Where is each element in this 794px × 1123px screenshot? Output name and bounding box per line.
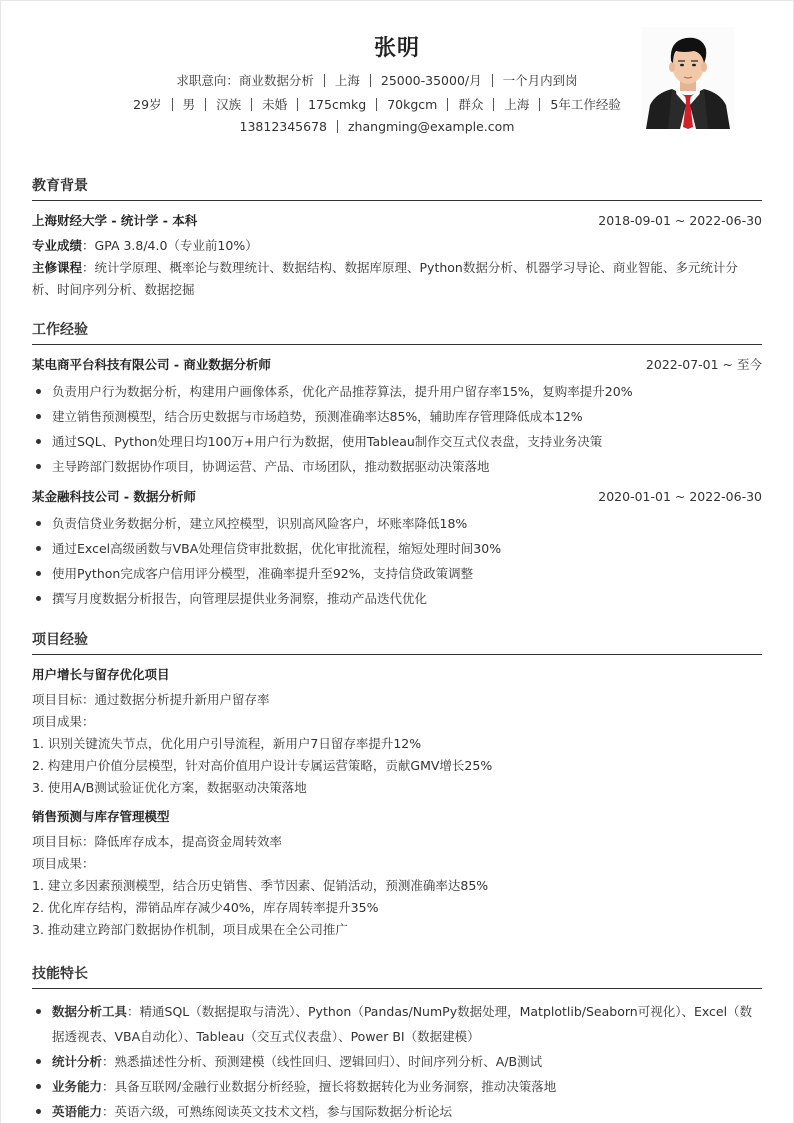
gpa-value: ：GPA 3.8/4.0（专业前10%） — [82, 238, 258, 253]
list-item: 业务能力：具备互联网/金融行业数据分析经验，擅长将数据转化为业务洞察，推动决策落… — [32, 1074, 762, 1099]
project-line: 3. 推动建立跨部门数据协作机制，项目成果在全公司推广 — [32, 919, 762, 941]
section-title-work: 工作经验 — [32, 319, 762, 345]
job-bullets: 负责用户行为数据分析，构建用户画像体系，优化产品推荐算法，提升用户留存率15%，… — [32, 379, 762, 479]
project-line: 2. 优化库存结构，滞销品库存减少40%，库存周转率提升35% — [32, 897, 762, 919]
skill-text: ：英语六级，可熟练阅读英文技术文档，参与国际数据分析论坛 — [102, 1104, 452, 1119]
email: zhangming@example.com — [348, 119, 514, 134]
intent-city: 上海 — [335, 73, 360, 88]
section-title-projects: 项目经验 — [32, 629, 762, 655]
job-date: 2022-07-01 ~ 至今 — [646, 355, 762, 373]
list-item: 通过SQL、Python处理日均100万+用户行为数据，使用Tableau制作交… — [32, 429, 762, 454]
skill-text: ：精通SQL（数据提取与清洗）、Python（Pandas/NumPy数据处理，… — [52, 1004, 752, 1044]
work-years: 5年工作经验 — [550, 97, 620, 112]
school-degree: 上海财经大学 - 统计学 - 本科 — [32, 211, 197, 229]
education-section: 教育背景 上海财经大学 - 统计学 - 本科 2018-09-01 ~ 2022… — [32, 175, 762, 301]
weight: 70kgcm — [387, 97, 437, 112]
job-intent: 求职意向：商业数据分析 — [176, 73, 314, 88]
political-status: 群众 — [458, 97, 483, 112]
divider — [539, 98, 540, 111]
gpa-line: 专业成绩：GPA 3.8/4.0（专业前10%） — [32, 235, 762, 257]
avatar-illustration-icon — [642, 27, 734, 129]
gender: 男 — [183, 97, 196, 112]
ethnicity: 汉族 — [216, 97, 241, 112]
project-line: 1. 识别关键流失节点，优化用户引导流程，新用户7日留存率提升12% — [32, 733, 762, 755]
list-item: 英语能力：英语六级，可熟练阅读英文技术文档，参与国际数据分析论坛 — [32, 1099, 762, 1123]
list-item: 主导跨部门数据协作项目，协调运营、产品、市场团队，推动数据驱动决策落地 — [32, 454, 762, 479]
list-item: 撰写月度数据分析报告，向管理层提供业务洞察，推动产品迭代优化 — [32, 586, 762, 611]
gpa-label: 专业成绩 — [32, 238, 82, 253]
education-entry-header: 上海财经大学 - 统计学 - 本科 2018-09-01 ~ 2022-06-3… — [32, 211, 762, 229]
marital-status: 未婚 — [262, 97, 287, 112]
current-city: 上海 — [504, 97, 529, 112]
courses-label: 主修课程 — [32, 260, 82, 275]
skill-label: 统计分析 — [52, 1054, 102, 1069]
job-title: 某电商平台科技有限公司 - 商业数据分析师 — [32, 355, 271, 373]
divider — [172, 98, 173, 111]
education-date: 2018-09-01 ~ 2022-06-30 — [598, 213, 762, 228]
divider — [492, 74, 493, 87]
project-line: 1. 建立多因素预测模型，结合历史销售、季节因素、促销活动，预测准确率达85% — [32, 875, 762, 897]
section-title-skills: 技能特长 — [32, 963, 762, 989]
list-item: 数据分析工具：精通SQL（数据提取与清洗）、Python（Pandas/NumP… — [32, 999, 762, 1049]
divider — [337, 120, 338, 133]
avatar — [642, 27, 734, 129]
divider — [297, 98, 298, 111]
skill-text: ：熟悉描述性分析、预测建模（线性回归、逻辑回归）、时间序列分析、A/B测试 — [102, 1054, 542, 1069]
project-header: 用户增长与留存优化项目 — [32, 665, 762, 683]
job-bullets: 负责信贷业务数据分析，建立风控模型，识别高风险客户，坏账率降低18% 通过Exc… — [32, 511, 762, 611]
work-section: 工作经验 某电商平台科技有限公司 - 商业数据分析师 2022-07-01 ~ … — [32, 319, 762, 611]
project-line: 3. 使用A/B测试验证优化方案，数据驱动决策落地 — [32, 777, 762, 799]
project-line: 项目成果： — [32, 711, 762, 733]
resume-page: 张明 求职意向：商业数据分析上海25000-35000/月一个月内到岗 29岁男… — [0, 0, 794, 1123]
project-line: 2. 构建用户价值分层模型，针对高价值用户设计专属运营策略，贡献GMV增长25% — [32, 755, 762, 777]
list-item: 使用Python完成客户信用评分模型，准确率提升至92%，支持信贷政策调整 — [32, 561, 762, 586]
skills-section: 技能特长 数据分析工具：精通SQL（数据提取与清洗）、Python（Pandas… — [32, 963, 762, 1123]
availability: 一个月内到岗 — [503, 73, 578, 88]
project-title: 销售预测与库存管理模型 — [32, 807, 170, 825]
resume-header: 张明 求职意向：商业数据分析上海25000-35000/月一个月内到岗 29岁男… — [32, 1, 762, 151]
job-title: 某金融科技公司 - 数据分析师 — [32, 487, 196, 505]
height: 175cmkg — [308, 97, 366, 112]
job-entry: 某电商平台科技有限公司 - 商业数据分析师 2022-07-01 ~ 至今 负责… — [32, 355, 762, 479]
divider — [370, 74, 371, 87]
list-item: 统计分析：熟悉描述性分析、预测建模（线性回归、逻辑回归）、时间序列分析、A/B测… — [32, 1049, 762, 1074]
expected-salary: 25000-35000/月 — [381, 73, 482, 88]
divider — [324, 74, 325, 87]
project-line: 项目成果： — [32, 853, 762, 875]
list-item: 负责用户行为数据分析，构建用户画像体系，优化产品推荐算法，提升用户留存率15%，… — [32, 379, 762, 404]
project-entry: 销售预测与库存管理模型 项目目标：降低库存成本，提高资金周转效率 项目成果： 1… — [32, 807, 762, 941]
project-header: 销售预测与库存管理模型 — [32, 807, 762, 825]
skills-list: 数据分析工具：精通SQL（数据提取与清洗）、Python（Pandas/NumP… — [32, 999, 762, 1123]
courses-value: ：统计学原理、概率论与数理统计、数据结构、数据库原理、Python数据分析、机器… — [32, 260, 738, 297]
divider — [376, 98, 377, 111]
projects-section: 项目经验 用户增长与留存优化项目 项目目标：通过数据分析提升新用户留存率 项目成… — [32, 629, 762, 941]
project-line: 项目目标：通过数据分析提升新用户留存率 — [32, 689, 762, 711]
divider — [205, 98, 206, 111]
divider — [447, 98, 448, 111]
section-title-education: 教育背景 — [32, 175, 762, 201]
phone: 13812345678 — [240, 119, 327, 134]
job-date: 2020-01-01 ~ 2022-06-30 — [598, 489, 762, 504]
project-entry: 用户增长与留存优化项目 项目目标：通过数据分析提升新用户留存率 项目成果： 1.… — [32, 665, 762, 799]
job-entry-header: 某电商平台科技有限公司 - 商业数据分析师 2022-07-01 ~ 至今 — [32, 355, 762, 373]
list-item: 建立销售预测模型，结合历史数据与市场趋势，预测准确率达85%，辅助库存管理降低成… — [32, 404, 762, 429]
skill-text: ：具备互联网/金融行业数据分析经验，擅长将数据转化为业务洞察，推动决策落地 — [102, 1079, 556, 1094]
project-title: 用户增长与留存优化项目 — [32, 665, 170, 683]
courses-line: 主修课程：统计学原理、概率论与数理统计、数据结构、数据库原理、Python数据分… — [32, 257, 762, 301]
skill-label: 英语能力 — [52, 1104, 102, 1119]
list-item: 通过Excel高级函数与VBA处理信贷审批数据，优化审批流程，缩短处理时间30% — [32, 536, 762, 561]
job-entry: 某金融科技公司 - 数据分析师 2020-01-01 ~ 2022-06-30 … — [32, 487, 762, 611]
job-entry-header: 某金融科技公司 - 数据分析师 2020-01-01 ~ 2022-06-30 — [32, 487, 762, 505]
skill-label: 数据分析工具 — [52, 1004, 127, 1019]
skill-label: 业务能力 — [52, 1079, 102, 1094]
divider — [493, 98, 494, 111]
list-item: 负责信贷业务数据分析，建立风控模型，识别高风险客户，坏账率降低18% — [32, 511, 762, 536]
divider — [251, 98, 252, 111]
project-line: 项目目标：降低库存成本，提高资金周转效率 — [32, 831, 762, 853]
age: 29岁 — [133, 97, 161, 112]
